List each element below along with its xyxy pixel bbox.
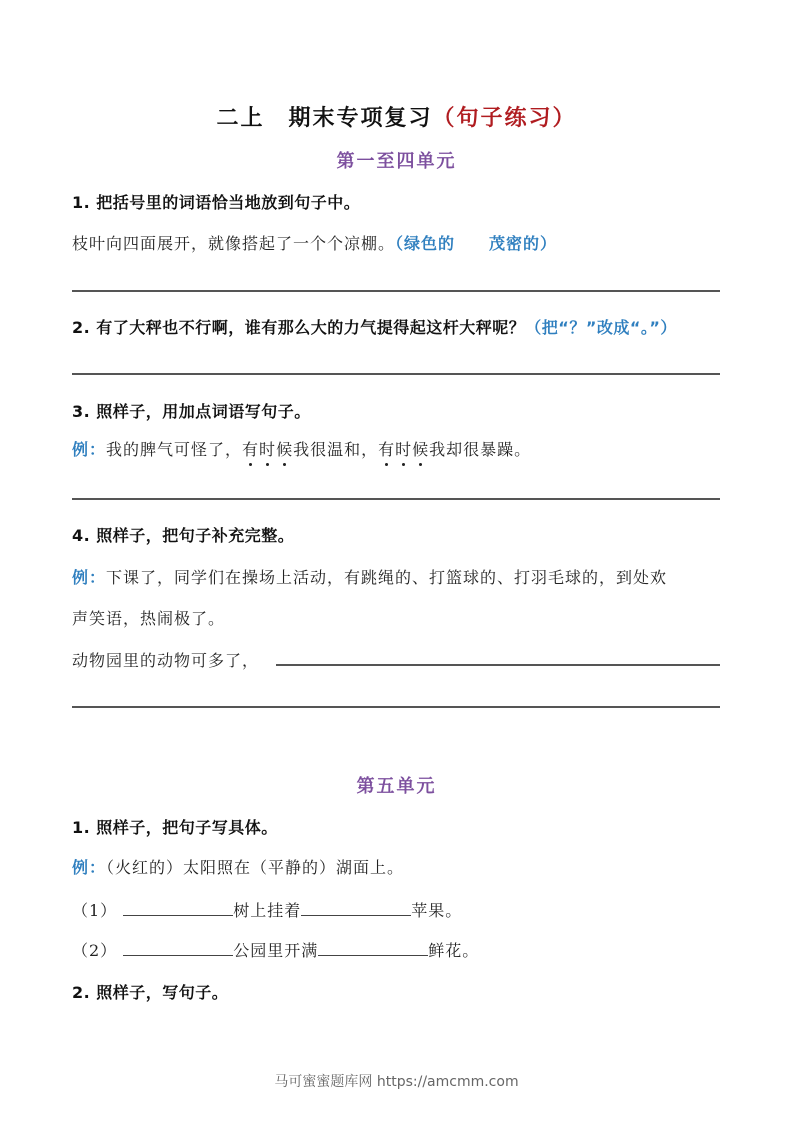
- unit-heading-5: 第五单元: [0, 772, 793, 798]
- dotted-char: 候: [276, 437, 293, 460]
- question-4-prompt: 4. 照样子，把句子补充完整。: [72, 523, 294, 546]
- item-number: （1）: [72, 901, 117, 920]
- example-text: 下课了，同学们在操场上活动，有跳绳的、打篮球的、打羽毛球的，到处欢: [106, 568, 667, 587]
- item-end: 鲜花。: [428, 941, 479, 960]
- dotted-char: 有: [242, 437, 259, 460]
- title-accent: （句子练习）: [433, 106, 577, 131]
- question-4-example-line2: 声笑语，热闹极了。: [72, 606, 225, 629]
- example-label: 例：: [72, 568, 106, 587]
- answer-line[interactable]: [72, 290, 720, 292]
- dotted-char: 候: [412, 437, 429, 460]
- word-options: （绿色的 茂密的）: [395, 234, 557, 253]
- section2-question-1-example: 例：（火红的）太阳照在（平静的）湖面上。: [72, 855, 404, 878]
- example-text: 我很温和，: [293, 440, 378, 459]
- example-text: 我却很暴躁。: [429, 440, 531, 459]
- answer-line[interactable]: [276, 664, 720, 666]
- section2-question-1-prompt: 1. 照样子，把句子写具体。: [72, 815, 278, 838]
- blank-field[interactable]: [301, 901, 411, 916]
- footer-watermark: 马可蜜蜜题库网 https://amcmm.com: [0, 1071, 793, 1091]
- question-1-prompt: 1. 把括号里的词语恰当地放到句子中。: [72, 190, 360, 213]
- item-mid: 公园里开满: [233, 941, 318, 960]
- example-text: （火红的）太阳照在（平静的）湖面上。: [106, 858, 404, 877]
- question-4-example-line1: 例：下课了，同学们在操场上活动，有跳绳的、打篮球的、打羽毛球的，到处欢: [72, 565, 667, 588]
- item-number: （2）: [72, 941, 117, 960]
- item-mid: 树上挂着: [233, 901, 301, 920]
- item-end: 苹果。: [411, 901, 462, 920]
- blank-field[interactable]: [318, 941, 428, 956]
- question-2-hint: （把“？”改成“。”）: [525, 318, 677, 337]
- unit-heading-1-4: 第一至四单元: [0, 147, 793, 173]
- answer-line[interactable]: [72, 706, 720, 708]
- question-3-example: 例：我的脾气可怪了，有时候我很温和，有时候我却很暴躁。: [72, 437, 531, 460]
- question-1-sentence: 枝叶向四面展开，就像搭起了一个个凉棚。（绿色的 茂密的）: [72, 231, 557, 254]
- question-2-prompt: 2. 有了大秤也不行啊，谁有那么大的力气提得起这杆大秤呢？（把“？”改成“。”）: [72, 315, 677, 338]
- answer-line[interactable]: [72, 498, 720, 500]
- fill-item-1: （1）树上挂着苹果。: [72, 898, 462, 921]
- fill-item-2: （2）公园里开满鲜花。: [72, 938, 479, 961]
- title-main: 二上 期末专项复习: [216, 106, 432, 131]
- dotted-char: 时: [259, 437, 276, 460]
- blank-field[interactable]: [123, 941, 233, 956]
- example-text: 我的脾气可怪了，: [106, 440, 242, 459]
- question-3-prompt: 3. 照样子，用加点词语写句子。: [72, 399, 311, 422]
- question-4-stem: 动物园里的动物可多了，: [72, 648, 259, 671]
- dotted-char: 时: [395, 437, 412, 460]
- sentence-text: 枝叶向四面展开，就像搭起了一个个凉棚。: [72, 234, 395, 253]
- example-label: 例：: [72, 440, 106, 459]
- dotted-char: 有: [378, 437, 395, 460]
- example-label: 例：: [72, 858, 106, 877]
- question-2-text: 2. 有了大秤也不行啊，谁有那么大的力气提得起这杆大秤呢？: [72, 318, 525, 337]
- answer-line[interactable]: [72, 373, 720, 375]
- blank-field[interactable]: [123, 901, 233, 916]
- section2-question-2-prompt: 2. 照样子，写句子。: [72, 980, 228, 1003]
- page-title: 二上 期末专项复习（句子练习）: [0, 101, 793, 132]
